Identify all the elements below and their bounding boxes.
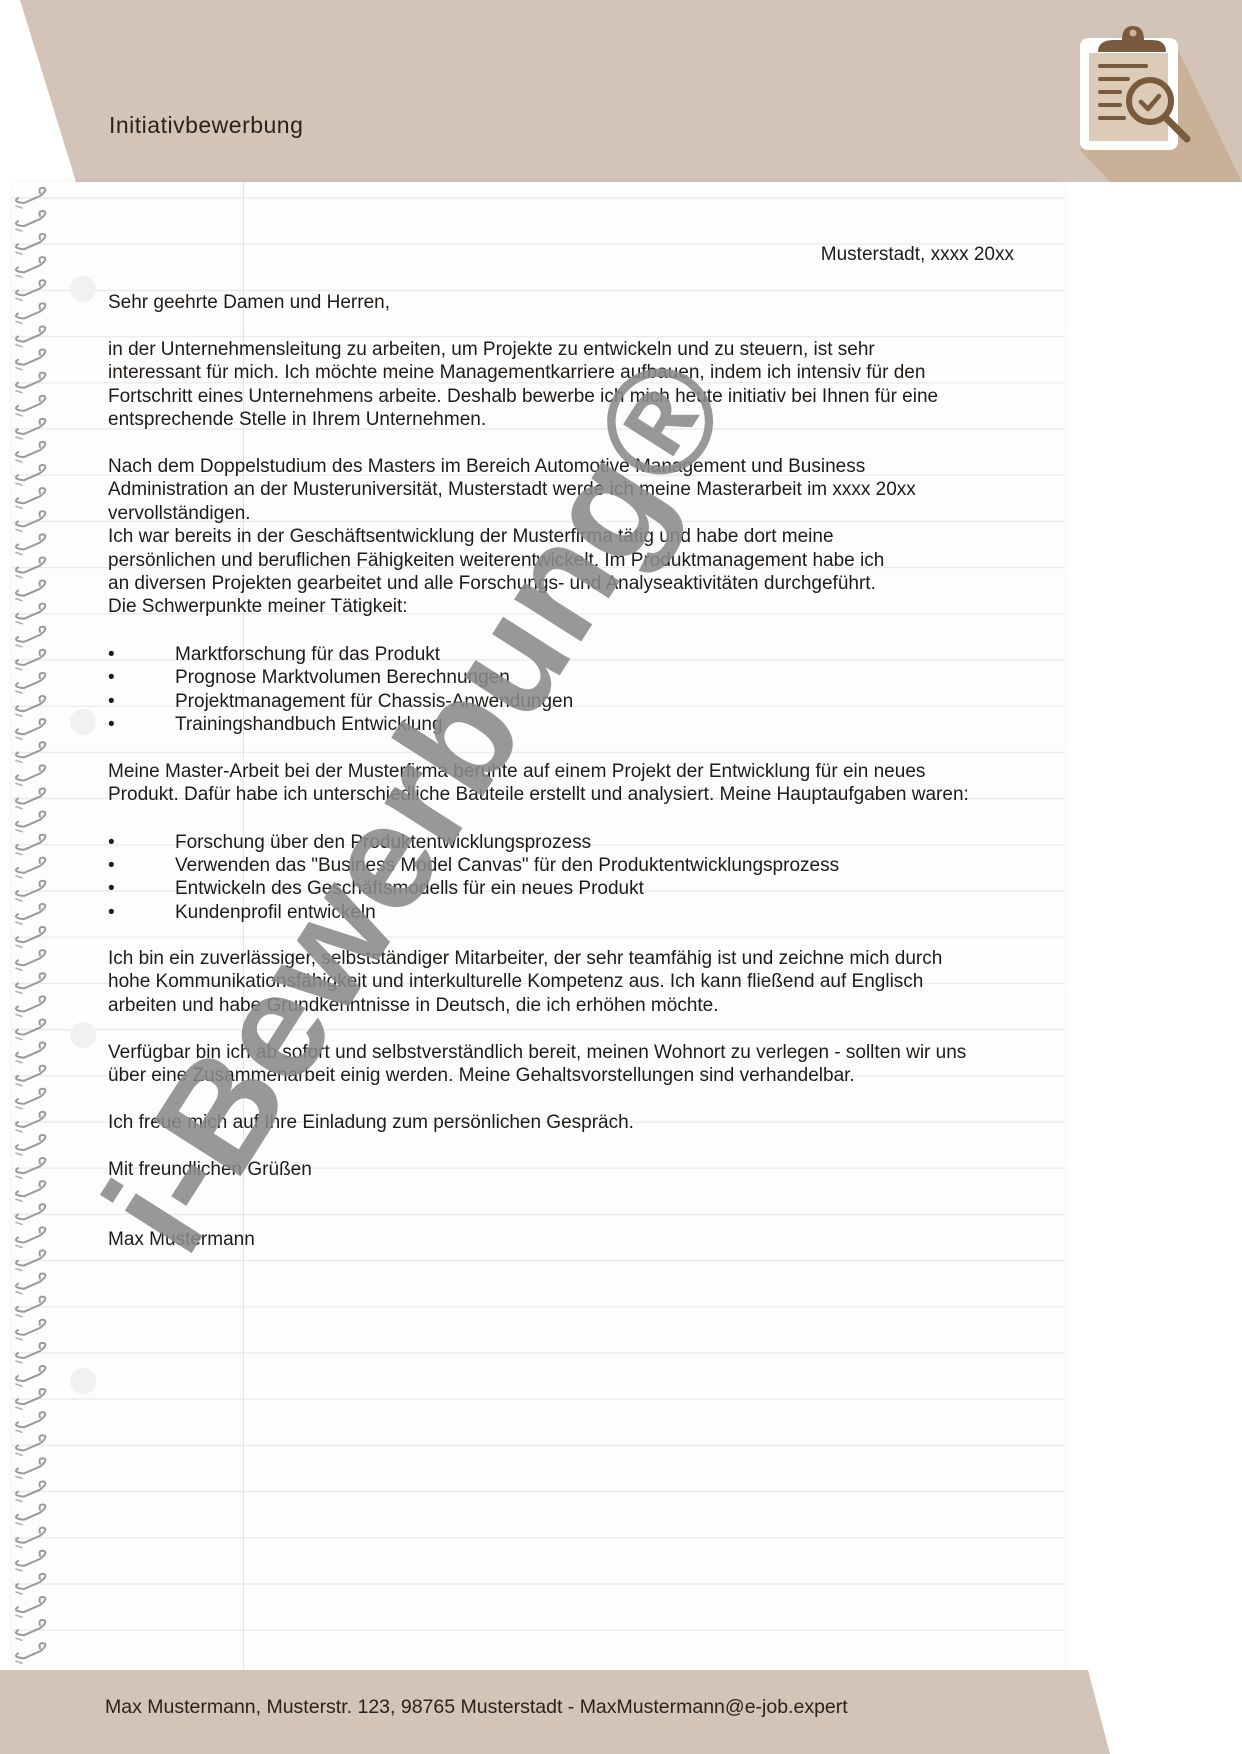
salutation: Sehr geehrte Damen und Herren, — [108, 291, 390, 314]
header-band — [0, 0, 1242, 182]
document-title: Initiativbewerbung — [109, 112, 303, 139]
paragraph-line: Nach dem Doppelstudium des Masters im Be… — [108, 455, 865, 478]
spiral-binding — [0, 182, 90, 1670]
paragraph-line: an diversen Projekten gearbeitet und all… — [108, 572, 876, 595]
paragraph-line: arbeiten und habe Grundkenntnisse in Deu… — [108, 994, 719, 1017]
clipboard-search-check-icon — [1060, 18, 1210, 178]
bullet-icon: • — [108, 831, 115, 854]
bullet-icon: • — [108, 643, 115, 666]
closing-sentence: Ich freue mich auf Ihre Einladung zum pe… — [108, 1111, 634, 1134]
paragraph-line: persönlichen und beruflichen Fähigkeiten… — [108, 549, 884, 572]
footer-band: Max Mustermann, Musterstr. 123, 98765 Mu… — [0, 1670, 1242, 1754]
paragraph-line: interessant für mich. Ich möchte meine M… — [108, 361, 925, 384]
paragraph-line: Meine Master-Arbeit bei der Musterfirma … — [108, 760, 925, 783]
paragraph-line: Fortschritt eines Unternehmens arbeite. … — [108, 385, 938, 408]
bullet-icon: • — [108, 666, 115, 689]
paragraph-line: Produkt. Dafür habe ich unterschiedliche… — [108, 783, 969, 806]
signature-name: Max Mustermann — [108, 1228, 255, 1251]
bullet-icon: • — [108, 854, 115, 877]
paragraph-line: Ich bin ein zuverlässiger, selbstständig… — [108, 947, 942, 970]
bullet-icon: • — [108, 901, 115, 924]
paragraph-line: hohe Kommunikationsfähigkeit und interku… — [108, 970, 923, 993]
paragraph-line: Verfügbar bin ich ab sofort und selbstve… — [108, 1041, 966, 1064]
paragraph-line: in der Unternehmensleitung zu arbeiten, … — [108, 338, 875, 361]
date-line: Musterstadt, xxxx 20xx — [821, 244, 1014, 266]
paragraph-line: vervollständigen. — [108, 502, 251, 525]
closing-greeting: Mit freundlichen Grüßen — [108, 1158, 312, 1181]
paragraph-line: Administration an der Musteruniversität,… — [108, 478, 916, 501]
bullet-icon: • — [108, 877, 115, 900]
paragraph-line: Die Schwerpunkte meiner Tätigkeit: — [108, 595, 408, 618]
paragraph-line: entsprechende Stelle in Ihrem Unternehme… — [108, 408, 486, 431]
header-band-shape — [0, 0, 1242, 182]
paragraph-line: Ich war bereits in der Geschäftsentwickl… — [108, 525, 834, 548]
bullet-icon: • — [108, 690, 115, 713]
footer-contact-line: Max Mustermann, Musterstr. 123, 98765 Mu… — [105, 1696, 848, 1719]
paragraph-line: über eine Zusammenarbeit einig werden. M… — [108, 1064, 855, 1087]
bullet-icon: • — [108, 713, 115, 736]
